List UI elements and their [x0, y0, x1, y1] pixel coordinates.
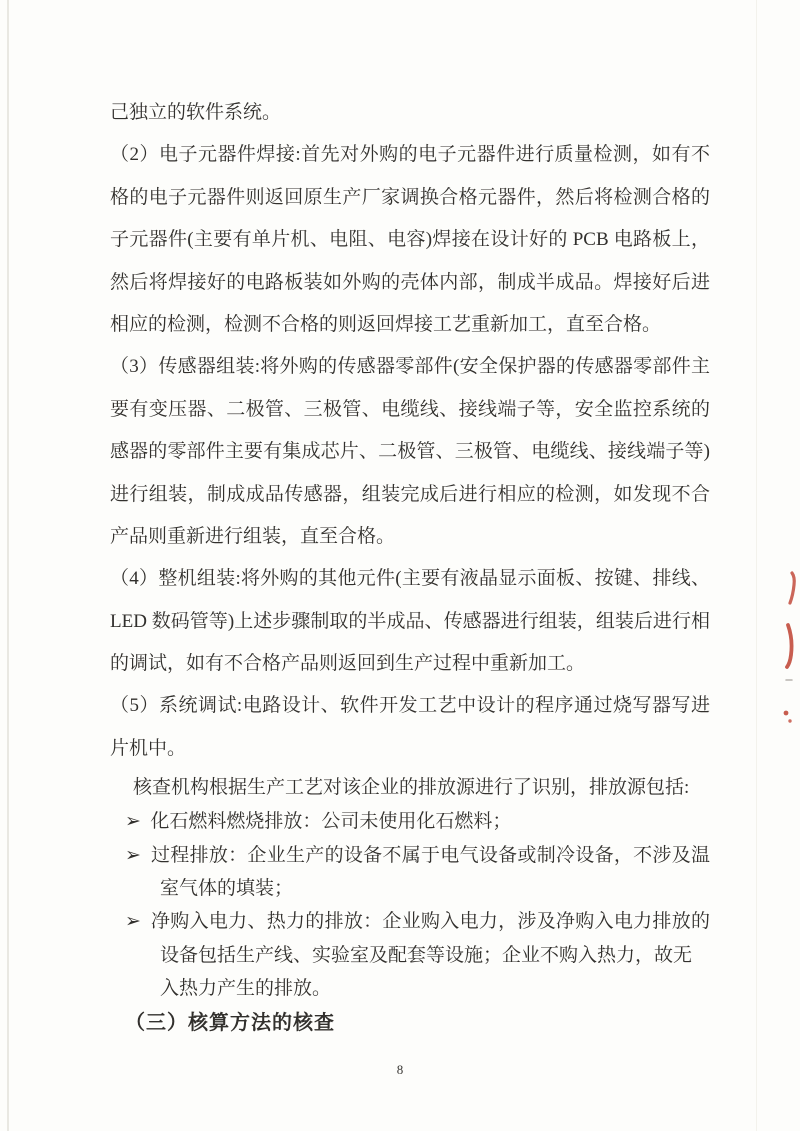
text-line: （3）传感器组装:将外购的传感器零部件(安全保护器的传感器零部件主	[110, 346, 710, 388]
text-line: 的调试，如有不合格产品则返回到生产过程中重新加工。	[110, 643, 710, 685]
text-line: 要有变压器、二极管、三极管、电缆线、接线端子等，安全监控系统的传	[110, 389, 710, 431]
bullet-item-continuation: 设备包括生产线、实验室及配套等设施；企业不购入热力，故无购	[110, 939, 710, 972]
bullet-item: ➢ 净购入电力、热力的排放：企业购入电力，涉及净购入电力排放的	[110, 905, 710, 938]
text-line: LED 数码管等)上述步骤制取的半成品、传感器进行组装，组装后进行相应	[110, 601, 710, 643]
scan-crease-line	[756, 0, 757, 1131]
bullet-item-continuation: 室气体的填装；	[110, 872, 710, 905]
text-line: （5）系统调试:电路设计、软件开发工艺中设计的程序通过烧写器写进单	[110, 685, 710, 727]
text-line: 相应的检测，检测不合格的则返回焊接工艺重新加工，直至合格。	[110, 304, 710, 346]
document-body: 己独立的软件系统。 （2）电子元器件焊接:首先对外购的电子元器件进行质量检测，如…	[110, 92, 710, 1040]
text-line: 子元器件(主要有单片机、电阻、电容)焊接在设计好的 PCB 电路板上，	[110, 219, 710, 261]
page-number: 8	[0, 1062, 800, 1078]
bullet-item-continuation: 入热力产生的排放。	[110, 972, 710, 1005]
text-line: 感器的零部件主要有集成芯片、二极管、三极管、电缆线、接线端子等)	[110, 431, 710, 473]
red-ink-marks	[770, 555, 800, 735]
scan-edge-line	[7, 0, 9, 1131]
text-line: 进行组装，制成成品传感器，组装完成后进行相应的检测，如发现不合格	[110, 474, 710, 516]
text-line: 核查机构根据生产工艺对该企业的排放源进行了识别，排放源包括:	[110, 770, 710, 805]
text-line: 片机中。	[110, 728, 710, 770]
text-line: （2）电子元器件焊接:首先对外购的电子元器件进行质量检测，如有不合	[110, 134, 710, 176]
text-line: 产品则重新进行组装，直至合格。	[110, 516, 710, 558]
text-line: （4）整机组装:将外购的其他元件(主要有液晶显示面板、按键、排线、	[110, 558, 710, 600]
section-heading: （三）核算方法的核查	[110, 1006, 710, 1040]
text-line: 然后将焊接好的电路板装如外购的壳体内部，制成半成品。焊接好后进行	[110, 262, 710, 304]
text-line: 己独立的软件系统。	[110, 92, 710, 134]
text-line: 格的电子元器件则返回原生产厂家调换合格元器件，然后将检测合格的电	[110, 177, 710, 219]
bullet-item: ➢ 化石燃料燃烧排放：公司未使用化石燃料；	[110, 805, 710, 838]
bullet-item: ➢ 过程排放：企业生产的设备不属于电气设备或制冷设备，不涉及温	[110, 839, 710, 872]
